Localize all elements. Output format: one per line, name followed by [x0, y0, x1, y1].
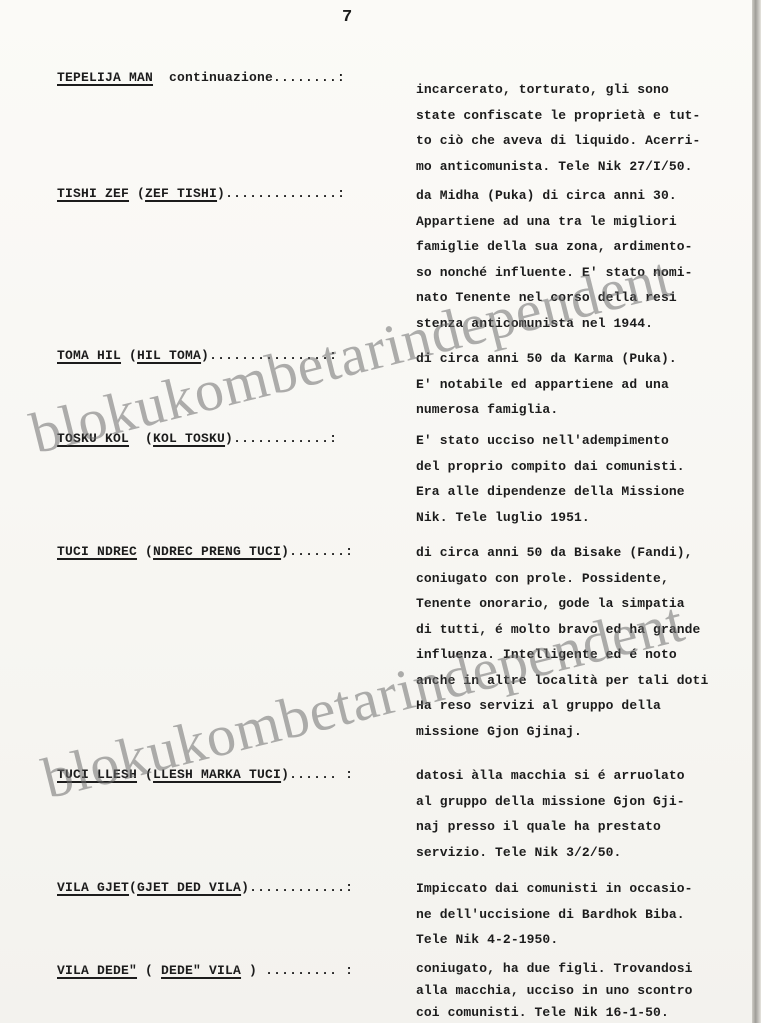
description-line: ne dell'uccisione di Bardhok Biba.: [416, 902, 693, 928]
description-line: anche in altre località per tali doti: [416, 668, 708, 694]
description-line: incarcerato, torturato, gli sono: [416, 77, 700, 103]
entry-alias: KOL TOSKU: [153, 431, 225, 446]
description-line: to ciò che aveva di liquido. Acerri-: [416, 128, 700, 154]
entry-alias: LLESH MARKA TUCI: [153, 767, 281, 782]
entry-heading: TUCI NDREC (NDREC PRENG TUCI).......:: [57, 544, 353, 559]
entry-description: di circa anni 50 da Bisake (Fandi),coniu…: [416, 540, 708, 744]
entry-heading: TOSKU KOL (KOL TOSKU)............:: [57, 431, 337, 446]
description-line: Nik. Tele luglio 1951.: [416, 505, 685, 531]
entry-suffix: ............:: [249, 880, 353, 895]
entry-name: TEPELIJA MAN: [57, 70, 153, 85]
entry-suffix: ...... :: [289, 767, 353, 782]
entry-description: da Midha (Puka) di circa anni 30.Apparti…: [416, 183, 693, 336]
entry-description: di circa anni 50 da Karma (Puka).E' nota…: [416, 346, 677, 423]
description-line: di circa anni 50 da Bisake (Fandi),: [416, 540, 708, 566]
entry-suffix: .......:: [289, 544, 353, 559]
entry-suffix: ..............:: [225, 186, 345, 201]
entry-name: VILA GJET: [57, 880, 129, 895]
entry-alias: ZEF TISHI: [145, 186, 217, 201]
entry-description: incarcerato, torturato, gli sonostate co…: [416, 77, 700, 179]
entry-suffix: continuazione........:: [169, 70, 345, 85]
description-line: Appartiene ad una tra le migliori: [416, 209, 693, 235]
description-line: di circa anni 50 da Karma (Puka).: [416, 346, 677, 372]
page-number: 7: [342, 8, 352, 27]
description-line: Era alle dipendenze della Missione: [416, 479, 685, 505]
description-line: da Midha (Puka) di circa anni 30.: [416, 183, 693, 209]
document-page: 7 TEPELIJA MAN continuazione........: in…: [0, 0, 752, 1023]
entry-description: Impiccato dai comunisti in occasio-ne de…: [416, 876, 693, 953]
entry-name: TUCI NDREC: [57, 544, 137, 559]
entry-name: VILA DEDE": [57, 963, 137, 978]
description-line: alla macchia, ucciso in uno scontro: [416, 980, 693, 1002]
entry-heading: TEPELIJA MAN continuazione........:: [57, 70, 345, 85]
description-line: Ha reso servizi al gruppo della: [416, 693, 708, 719]
description-line: influenza. Intelligente ed é noto: [416, 642, 708, 668]
description-line: del proprio compito dai comunisti.: [416, 454, 685, 480]
description-line: coniugato, ha due figli. Trovandosi: [416, 958, 693, 980]
entry-heading: VILA GJET(GJET DED VILA)............:: [57, 880, 353, 895]
description-line: Impiccato dai comunisti in occasio-: [416, 876, 693, 902]
entry-alias: NDREC PRENG TUCI: [153, 544, 281, 559]
description-line: servizio. Tele Nik 3/2/50.: [416, 840, 685, 866]
description-line: stenza anticomunista nel 1944.: [416, 311, 693, 337]
description-line: state confiscate le proprietà e tut-: [416, 103, 700, 129]
entry-name: TUCI LLESH: [57, 767, 137, 782]
page-edge: [752, 0, 761, 1023]
description-line: di tutti, é molto bravo ed ha grande: [416, 617, 708, 643]
description-line: naj presso il quale ha prestato: [416, 814, 685, 840]
description-line: numerosa famiglia.: [416, 397, 677, 423]
description-line: missione Gjon Gjinaj.: [416, 719, 708, 745]
description-line: E' stato ucciso nell'adempimento: [416, 428, 685, 454]
description-line: E' notabile ed appartiene ad una: [416, 372, 677, 398]
entry-alias: DEDE" VILA: [161, 963, 241, 978]
description-line: Tenente onorario, gode la simpatia: [416, 591, 708, 617]
description-line: nato Tenente nel corso della resi: [416, 285, 693, 311]
entry-suffix: ...............:: [209, 348, 337, 363]
entry-name: TISHI ZEF: [57, 186, 129, 201]
entry-name: TOSKU KOL: [57, 431, 129, 446]
entry-heading: TISHI ZEF (ZEF TISHI)..............:: [57, 186, 345, 201]
description-line: so nonché influente. E' stato nomi-: [416, 260, 693, 286]
description-line: coniugato con prole. Possidente,: [416, 566, 708, 592]
entry-suffix: ............:: [233, 431, 337, 446]
entry-heading: TOMA HIL (HIL TOMA)...............:: [57, 348, 337, 363]
entry-alias: GJET DED VILA: [137, 880, 241, 895]
entry-heading: TUCI LLESH (LLESH MARKA TUCI)...... :: [57, 767, 353, 782]
entry-alias: HIL TOMA: [137, 348, 201, 363]
description-line: famiglie della sua zona, ardimento-: [416, 234, 693, 260]
description-line: Tele Nik 4-2-1950.: [416, 927, 693, 953]
description-line: coi comunisti. Tele Nik 16-1-50.: [416, 1002, 693, 1023]
entry-description: datosi àlla macchia si é arruolatoal gru…: [416, 763, 685, 865]
description-line: mo anticomunista. Tele Nik 27/I/50.: [416, 154, 700, 180]
description-line: al gruppo della missione Gjon Gji-: [416, 789, 685, 815]
entry-name: TOMA HIL: [57, 348, 121, 363]
entry-description: coniugato, ha due figli. Trovandosialla …: [416, 958, 693, 1023]
entry-heading: VILA DEDE" ( DEDE" VILA ) ......... :: [57, 963, 353, 978]
description-line: datosi àlla macchia si é arruolato: [416, 763, 685, 789]
entry-description: E' stato ucciso nell'adempimentodel prop…: [416, 428, 685, 530]
entry-suffix: ......... :: [265, 963, 353, 978]
